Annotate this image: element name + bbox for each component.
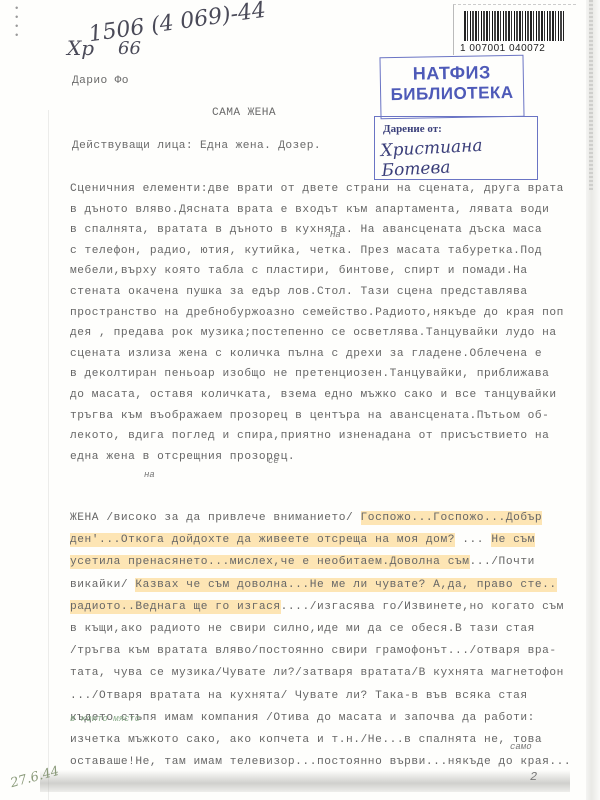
highlighted-text: радиото..Веднага ще го изгася [70, 600, 281, 614]
margin-punch-marks: •••• [14, 5, 19, 41]
dialogue-text: .../Отваря вратата на кухнята/ Чувате ли… [70, 690, 528, 702]
footer-page-mark: 2 [530, 770, 537, 784]
library-stamp-line2: БИБЛИОТЕКА [381, 83, 523, 105]
dialogue-line: викайки/ Казвах че съм доволна...Не ме л… [70, 579, 557, 591]
handwritten-page-number: 66 [118, 38, 141, 59]
library-stamp: НАТФИЗ БИБЛИОТЕКА [379, 55, 524, 120]
cast-list: Действуващи лица: Една жена. Дозер. [72, 140, 321, 152]
donation-stamp: Дарение от: Христиана Ботева [374, 116, 538, 180]
barcode-number: 1 007001 040072 [460, 43, 545, 54]
stage-direction-line: в деколтиран пеньоар изобщо не претенцио… [70, 368, 549, 380]
barcode-bars [464, 11, 564, 41]
stage-direction-line: пространство на дребнобуржоазно семейств… [70, 307, 564, 319]
dialogue-line: ЖЕНА /високо за да привлече вниманието/ … [70, 512, 542, 524]
dialogue-line: /тръгва към вратата вляво/постоянно свир… [70, 645, 557, 657]
dialogue-line: усетила пренасянето...мислех,че е необит… [70, 556, 535, 568]
dialogue-text: .../Почти [470, 556, 535, 568]
stage-direction-line: мебели,върху която табла с пластири, бин… [70, 265, 528, 277]
dialogue-text: ..../изгасява го/Извинете,но когато съм [281, 601, 564, 613]
insertion-se: се [268, 456, 279, 466]
stage-direction-line: с телефон, радио, ютия, кутийка, четка. … [70, 245, 542, 257]
page-right-edge [586, 0, 600, 800]
handwritten-reference-number: 1506 (4 069)-44 [87, 0, 267, 47]
dialogue-text: в къщи,ако радиото не свири силно,иде ми… [70, 623, 535, 635]
dialogue-text: оставаше!Не, там имам телевизор...постоя… [70, 756, 571, 768]
highlighted-text: Не съм [491, 533, 535, 547]
dialogue-text: тата, чува се музика/Чувате ли?/затваря … [70, 667, 564, 679]
stage-direction-line: Сценичния елементи:две врати от двете ст… [70, 183, 564, 195]
stage-direction-line: тръгва към въображаем прозорец в центъра… [70, 410, 549, 422]
highlighted-text: ден'...Откога дойдохте да живеете отсрещ… [70, 533, 455, 547]
dialogue-text: ЖЕНА /високо за да привлече вниманието/ [70, 512, 361, 524]
stage-direction-line: в дъното вляво.Дясната врата е входът къ… [70, 204, 549, 216]
dialogue-text: /тръгва към вратата вляво/постоянно свир… [70, 645, 557, 657]
page-left-fold-line [48, 110, 49, 800]
dialogue-line: изчетка мъжкото сако, ако копчета и т.н.… [70, 734, 542, 746]
stage-direction-line: лекото, вдига поглед и спира,приятно изн… [70, 430, 549, 442]
highlighted-text: Казвах че съм доволна...Не ме ли чувате?… [135, 578, 556, 592]
stage-direction-line: в спалнята, вратата в дъното в кухнята. … [70, 224, 542, 236]
dialogue-line: в къщи,ако радиото не свири силно,иде ми… [70, 623, 535, 635]
dialogue-line: тата, чува се музика/Чувате ли?/затваря … [70, 667, 564, 679]
stage-direction-line: една жена в отсрещния прозорец. [70, 451, 295, 463]
highlighted-text: Госпожо...Госпожо...Добър [361, 511, 543, 525]
scanned-document-page: •••• 1506 (4 069)-44 Хр 66 1 007001 0400… [0, 0, 600, 800]
scan-shadow-strip [40, 770, 570, 792]
dialogue-line: оставаше!Не, там имам телевизор...постоя… [70, 756, 571, 768]
stage-direction-line: до масата, оставя количката, взема едно … [70, 389, 557, 401]
highlighted-text: усетила пренасянето...мислех,че е необит… [70, 555, 470, 569]
dialogue-line: .../Отваря вратата на кухнята/ Чувате ли… [70, 690, 528, 702]
handwritten-prefix: Хр [67, 36, 94, 60]
donor-signature: Христиана Ботева [380, 133, 538, 181]
stage-direction-line: стената окачена пушка за едър лов.Стол. … [70, 286, 528, 298]
author-name: Дарио Фо [72, 75, 129, 87]
insertion-na: на [144, 470, 155, 480]
dialogue-text: изчетка мъжкото сако, ако копчета и т.н.… [70, 734, 542, 746]
dialogue-text: ... [455, 534, 491, 546]
document-title: САМА ЖЕНА [212, 107, 276, 119]
stage-direction-line: дея , предава рок музика;постепенно се о… [70, 327, 557, 339]
insertion-ha: На [330, 230, 341, 240]
margin-note-right: само [510, 742, 532, 752]
stage-direction-line: сцената излиза жена с количка пълна с др… [70, 348, 542, 360]
barcode-label: 1 007001 040072 [453, 4, 576, 55]
margin-note-above-line: в които място [70, 714, 140, 724]
dialogue-line: ден'...Откога дойдохте да живеете отсрещ… [70, 534, 535, 546]
library-stamp-line1: НАТФИЗ [381, 62, 523, 85]
dialogue-line: радиото..Веднага ще го изгася..../изгася… [70, 601, 564, 613]
dialogue-text: викайки/ [70, 579, 135, 591]
